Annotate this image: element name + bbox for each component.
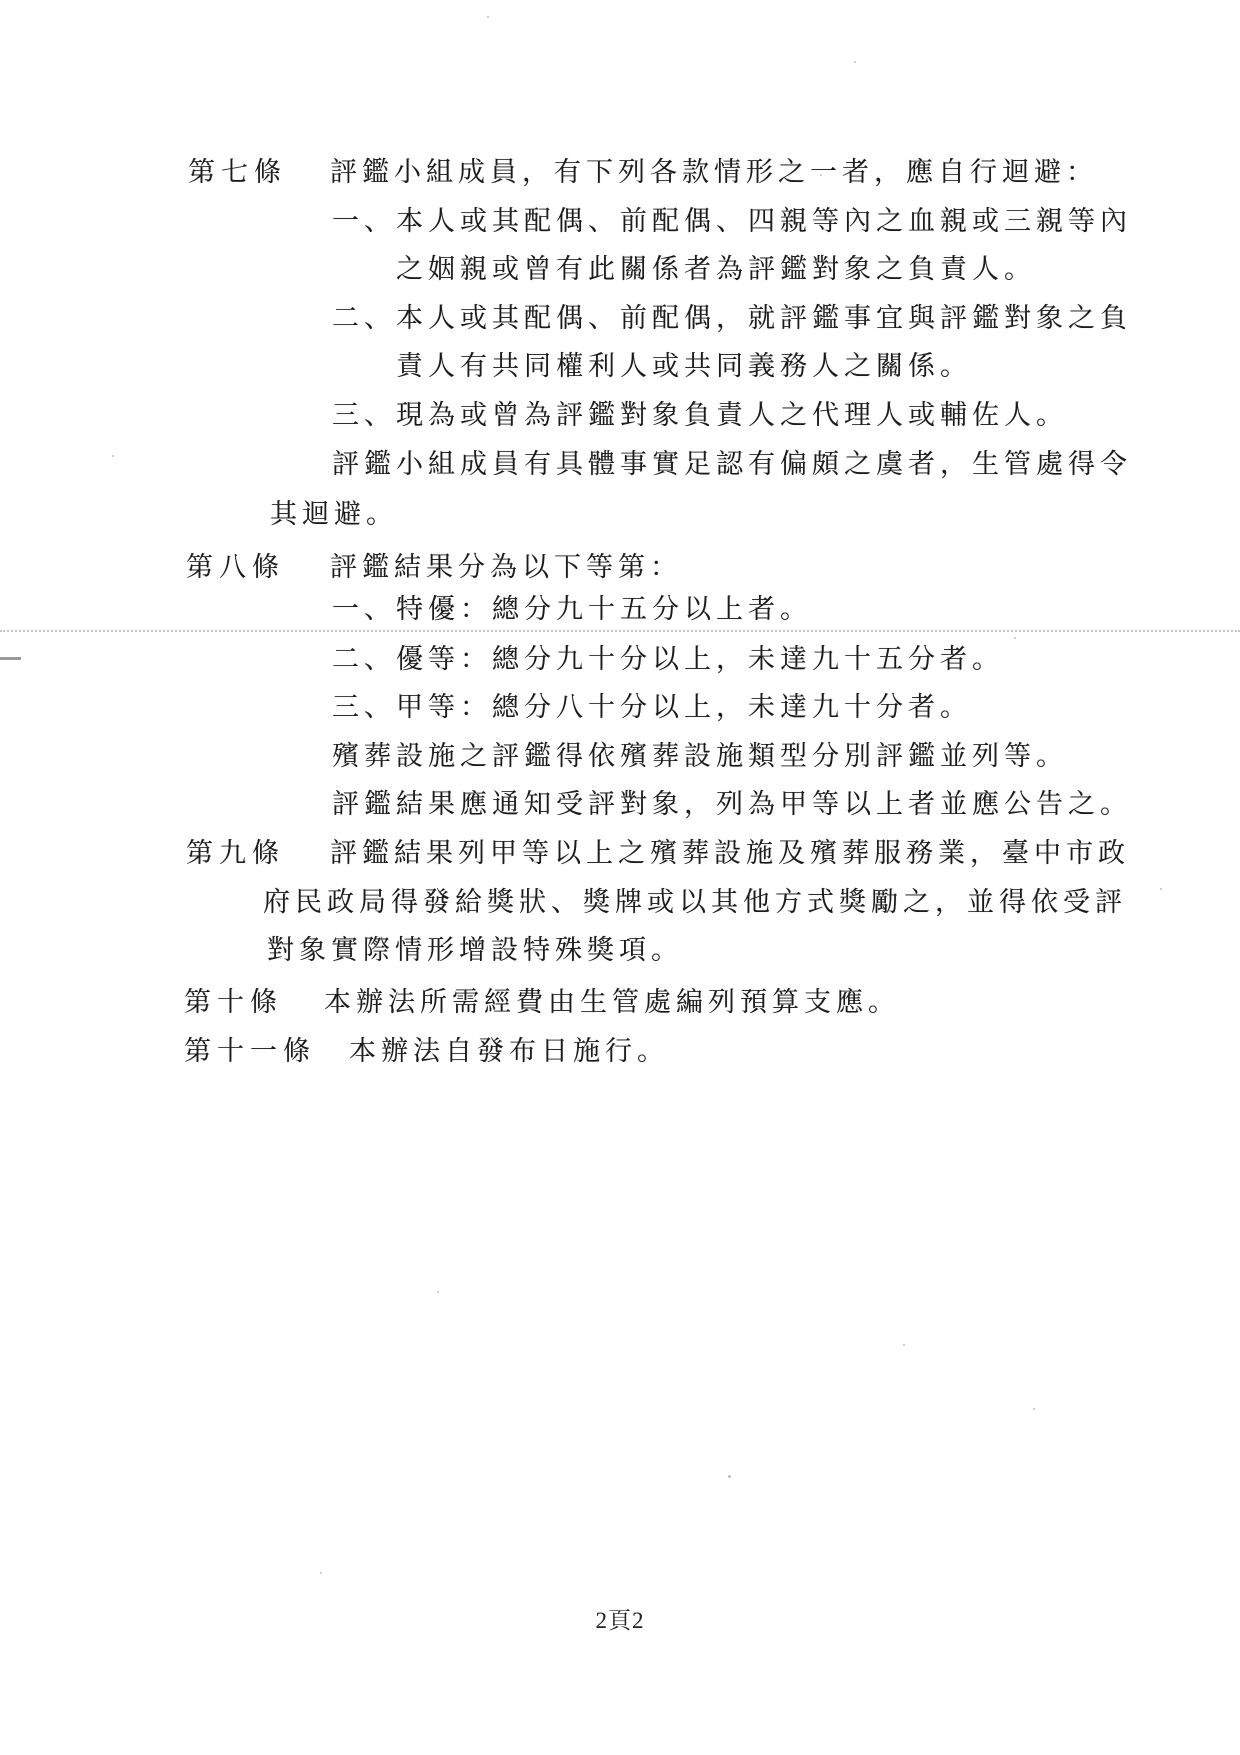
article-7-item-1: 一、本人或其配偶、前配偶、四親等內之血親或三親等內 bbox=[332, 204, 1132, 238]
article-9-text-cont-2: 對象實際情形增設特殊獎項。 bbox=[267, 933, 683, 967]
article-7-item-2: 二、本人或其配偶、前配偶，就評鑑事宜與評鑑對象之負 bbox=[332, 301, 1132, 335]
scan-speck bbox=[112, 455, 114, 457]
article-8-label: 第八條 bbox=[186, 550, 285, 584]
article-7-item-3: 三、現為或曾為評鑑對象負責人之代理人或輔佐人。 bbox=[332, 398, 1068, 432]
scanned-document-page: 第七條 評鑑小組成員，有下列各款情形之一者，應自行迴避： 一、本人或其配偶、前配… bbox=[0, 0, 1240, 1755]
article-9-label: 第九條 bbox=[186, 836, 285, 870]
scan-speck bbox=[903, 1344, 905, 1346]
scan-speck bbox=[320, 1572, 322, 1574]
scan-speck bbox=[1033, 1408, 1035, 1410]
article-8-item-1: 一、特優：總分九十五分以上者。 bbox=[332, 592, 812, 626]
article-7-paragraph-2: 評鑑小組成員有具體事實足認有偏頗之虞者，生管處得令 bbox=[332, 447, 1132, 481]
article-8-item-2: 二、優等：總分九十分以上，未達九十五分者。 bbox=[332, 642, 1004, 676]
scan-artifact-dotted-line bbox=[0, 630, 1240, 632]
article-10-text-line: 本辦法所需經費由生管處編列預算支應。 bbox=[324, 985, 900, 1019]
scan-speck bbox=[487, 16, 489, 18]
article-7-paragraph-2-cont: 其迴避。 bbox=[270, 497, 398, 531]
article-7-item-1-cont: 之姻親或曾有此關係者為評鑑對象之負責人。 bbox=[396, 252, 1036, 286]
scan-artifact-edge-dash bbox=[0, 657, 21, 660]
article-8-paragraph-3: 評鑑結果應通知受評對象，列為甲等以上者並應公告之。 bbox=[332, 787, 1132, 821]
scan-speck bbox=[1014, 637, 1016, 639]
article-7-label: 第七條 bbox=[188, 155, 287, 189]
article-11-label: 第十一條 bbox=[184, 1034, 316, 1068]
scan-speck bbox=[1160, 888, 1162, 890]
article-8-text-line: 評鑑結果分為以下等第： bbox=[330, 550, 682, 584]
article-10-label: 第十條 bbox=[184, 985, 283, 1019]
page-number: 2頁2 bbox=[0, 1602, 1240, 1635]
scan-speck bbox=[728, 1475, 731, 1478]
article-9-text-line: 評鑑結果列甲等以上之殯葬設施及殯葬服務業，臺中市政 bbox=[330, 836, 1130, 870]
scan-speck bbox=[437, 1291, 439, 1293]
article-11-text-line: 本辦法自發布日施行。 bbox=[349, 1034, 669, 1068]
article-8-item-3: 三、甲等：總分八十分以上，未達九十分者。 bbox=[332, 690, 972, 724]
article-7-item-2-cont: 責人有共同權利人或共同義務人之關係。 bbox=[396, 349, 972, 383]
article-9-text-cont-1: 府民政局得發給獎狀、獎牌或以其他方式獎勵之，並得依受評 bbox=[263, 885, 1127, 919]
scan-speck bbox=[854, 61, 856, 63]
article-8-paragraph-2: 殯葬設施之評鑑得依殯葬設施類型分別評鑑並列等。 bbox=[332, 739, 1068, 773]
article-7-text-line: 評鑑小組成員，有下列各款情形之一者，應自行迴避： bbox=[330, 155, 1098, 189]
